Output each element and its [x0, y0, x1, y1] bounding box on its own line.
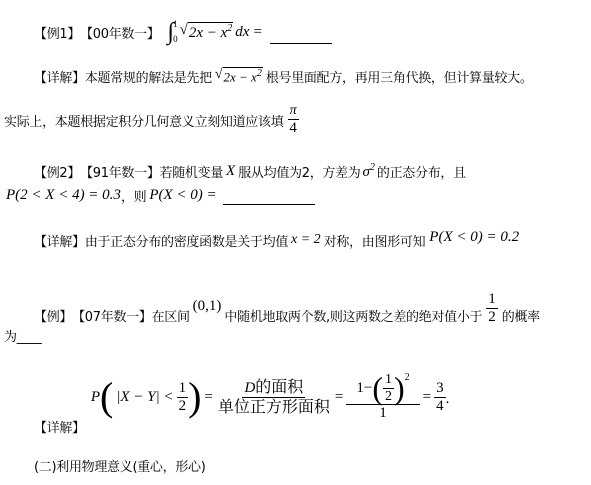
denominator: 2 — [383, 389, 394, 404]
example-3-line-1: 【例】 【07年数一】 在区间 (0,1) 中随机地取两个数,则这两数之差的绝对… — [34, 288, 540, 328]
condition: P(2 < X < 4) = 0.3 — [6, 187, 121, 204]
half-fraction: 1 2 — [486, 291, 498, 325]
sigma: σ — [363, 164, 370, 180]
question-expression: P(X < 0) = — [149, 187, 216, 204]
sqrt-expression: √ 2x − x2 — [215, 67, 263, 85]
answer-fraction: π 4 — [287, 103, 299, 136]
integral-lower: 0 — [173, 35, 178, 44]
denominator: 4 — [434, 398, 446, 415]
example-source: 【07年数一】 — [72, 306, 151, 325]
detail-text: 由于正态分布的密度函数是关于均值 — [85, 231, 288, 250]
equals: = — [253, 24, 261, 41]
example-text: 中随机地取两个数,则这两数之差的绝对值小于 — [224, 306, 482, 325]
half-fraction: 1 2 — [177, 380, 189, 414]
detail-text: 实际上，本题根据定积分几何意义立刻知道应该填 — [4, 111, 283, 130]
variable: X — [226, 163, 235, 180]
numerator: 1 — [486, 291, 498, 309]
numerator: DD的面积的面积 — [242, 378, 305, 398]
example-source: 【91年数一】 — [80, 162, 159, 181]
numerator: 1 — [177, 380, 189, 398]
area-ratio-fraction: DD的面积的面积 单位正方形面积 — [216, 378, 332, 415]
equals: = — [423, 389, 431, 406]
period: . — [446, 391, 450, 408]
detail-label: 【详解】 — [34, 417, 85, 436]
left-paren: ( — [100, 377, 113, 417]
example-text: 服从均值为2，方差为 — [238, 162, 360, 181]
example-2-line-2: P(2 < X < 4) = 0.3 ，则 P(X < 0) = — [6, 184, 315, 206]
differential: dx — [235, 24, 249, 41]
one-minus: 1− — [356, 380, 372, 397]
denominator: 2 — [486, 309, 498, 326]
exponent: 2 — [405, 372, 410, 383]
left-paren: ( — [372, 372, 383, 404]
integral-expression: ∫ 1 0 √ 2x − x2 dx = — [168, 20, 262, 44]
denominator: 1 — [377, 405, 389, 422]
example-text: ，则 — [121, 186, 146, 205]
result-fraction: 3 4 — [434, 380, 446, 414]
detail-text: 本题常规的解法是先把 — [85, 67, 212, 86]
detail-label: 【详解】 — [34, 67, 85, 86]
probability-formula: P ( |X − Y| < 1 2 ) = DD的面积的面积 单位正方形面积 =… — [91, 372, 450, 422]
example-1-detail-line-2: 实际上，本题根据定积分几何意义立刻知道应该填 π 4 — [4, 94, 299, 136]
sqrt-sign-icon: √ — [215, 67, 223, 85]
example-1-detail-line-1: 【详解】 本题常规的解法是先把 √ 2x − x2 根号里面配方，再用三角代换，… — [34, 64, 533, 88]
equals: = — [335, 389, 343, 406]
section-heading: (二)利用物理意义(重心，形心) — [34, 456, 206, 475]
interval: (0,1) — [193, 298, 222, 315]
equals: = — [204, 389, 212, 406]
example-1-line: 【例1】 【00年数一】 ∫ 1 0 √ 2x − x2 dx = — [34, 18, 332, 46]
radicand: 2x − x — [189, 25, 227, 41]
radicand: 2x − x — [224, 69, 257, 84]
numerator: 1− ( 1 2 ) 2 — [346, 372, 419, 405]
right-paren: ) — [394, 372, 405, 404]
complement-fraction: 1− ( 1 2 ) 2 1 — [346, 372, 419, 422]
example-text: 在区间 — [152, 306, 190, 325]
sigma-squared: σ2 — [363, 162, 375, 181]
example-source: 【00年数一】 — [80, 23, 159, 42]
exponent: 2 — [227, 23, 232, 34]
detail-text: 对称，由图形可知 — [324, 231, 426, 250]
example-text: 若随机变量 — [160, 162, 224, 181]
result-expression: P(X < 0) = 0.2 — [429, 229, 519, 246]
numerator: π — [288, 103, 299, 119]
answer-blank[interactable] — [270, 25, 332, 44]
example-label: 【例2】 — [34, 162, 80, 181]
denominator: 单位正方形面积 — [216, 398, 332, 416]
denominator: 2 — [177, 398, 189, 415]
example-text: 的概率 — [502, 306, 540, 325]
exponent: 2 — [257, 68, 262, 79]
example-2-line-1: 【例2】 【91年数一】 若随机变量 X 服从均值为2，方差为 σ2 的正态分布… — [34, 160, 466, 182]
numerator: 3 — [434, 380, 446, 398]
example-label: 【例1】 — [34, 23, 80, 42]
example-3-detail: 【详解】 P ( |X − Y| < 1 2 ) = DD的面积的面积 单位正方… — [34, 362, 449, 442]
sqrt-sign-icon: √ — [180, 22, 188, 42]
detail-label: 【详解】 — [34, 231, 85, 250]
probability-symbol: P — [91, 389, 100, 406]
example-3-line-2: 为____ — [4, 326, 42, 345]
integral-upper: 1 — [173, 20, 178, 29]
half-fraction: 1 2 — [383, 372, 394, 404]
right-paren: ) — [188, 377, 201, 417]
detail-text: 根号里面配方，再用三角代换，但计算量较大。 — [266, 67, 533, 86]
example-text: 的正态分布，且 — [377, 162, 466, 181]
exponent: 2 — [370, 162, 375, 173]
mean-expression: x = 2 — [291, 232, 321, 248]
inequality: |X − Y| < — [116, 389, 173, 406]
answer-blank[interactable] — [223, 188, 315, 205]
denominator: 4 — [287, 120, 299, 137]
example-2-detail-line: 【详解】 由于正态分布的密度函数是关于均值 x = 2 对称，由图形可知 P(X… — [34, 229, 519, 251]
numerator: 1 — [383, 372, 394, 388]
example-label: 【例】 — [34, 306, 72, 325]
sqrt-expression: √ 2x − x2 — [180, 22, 234, 42]
